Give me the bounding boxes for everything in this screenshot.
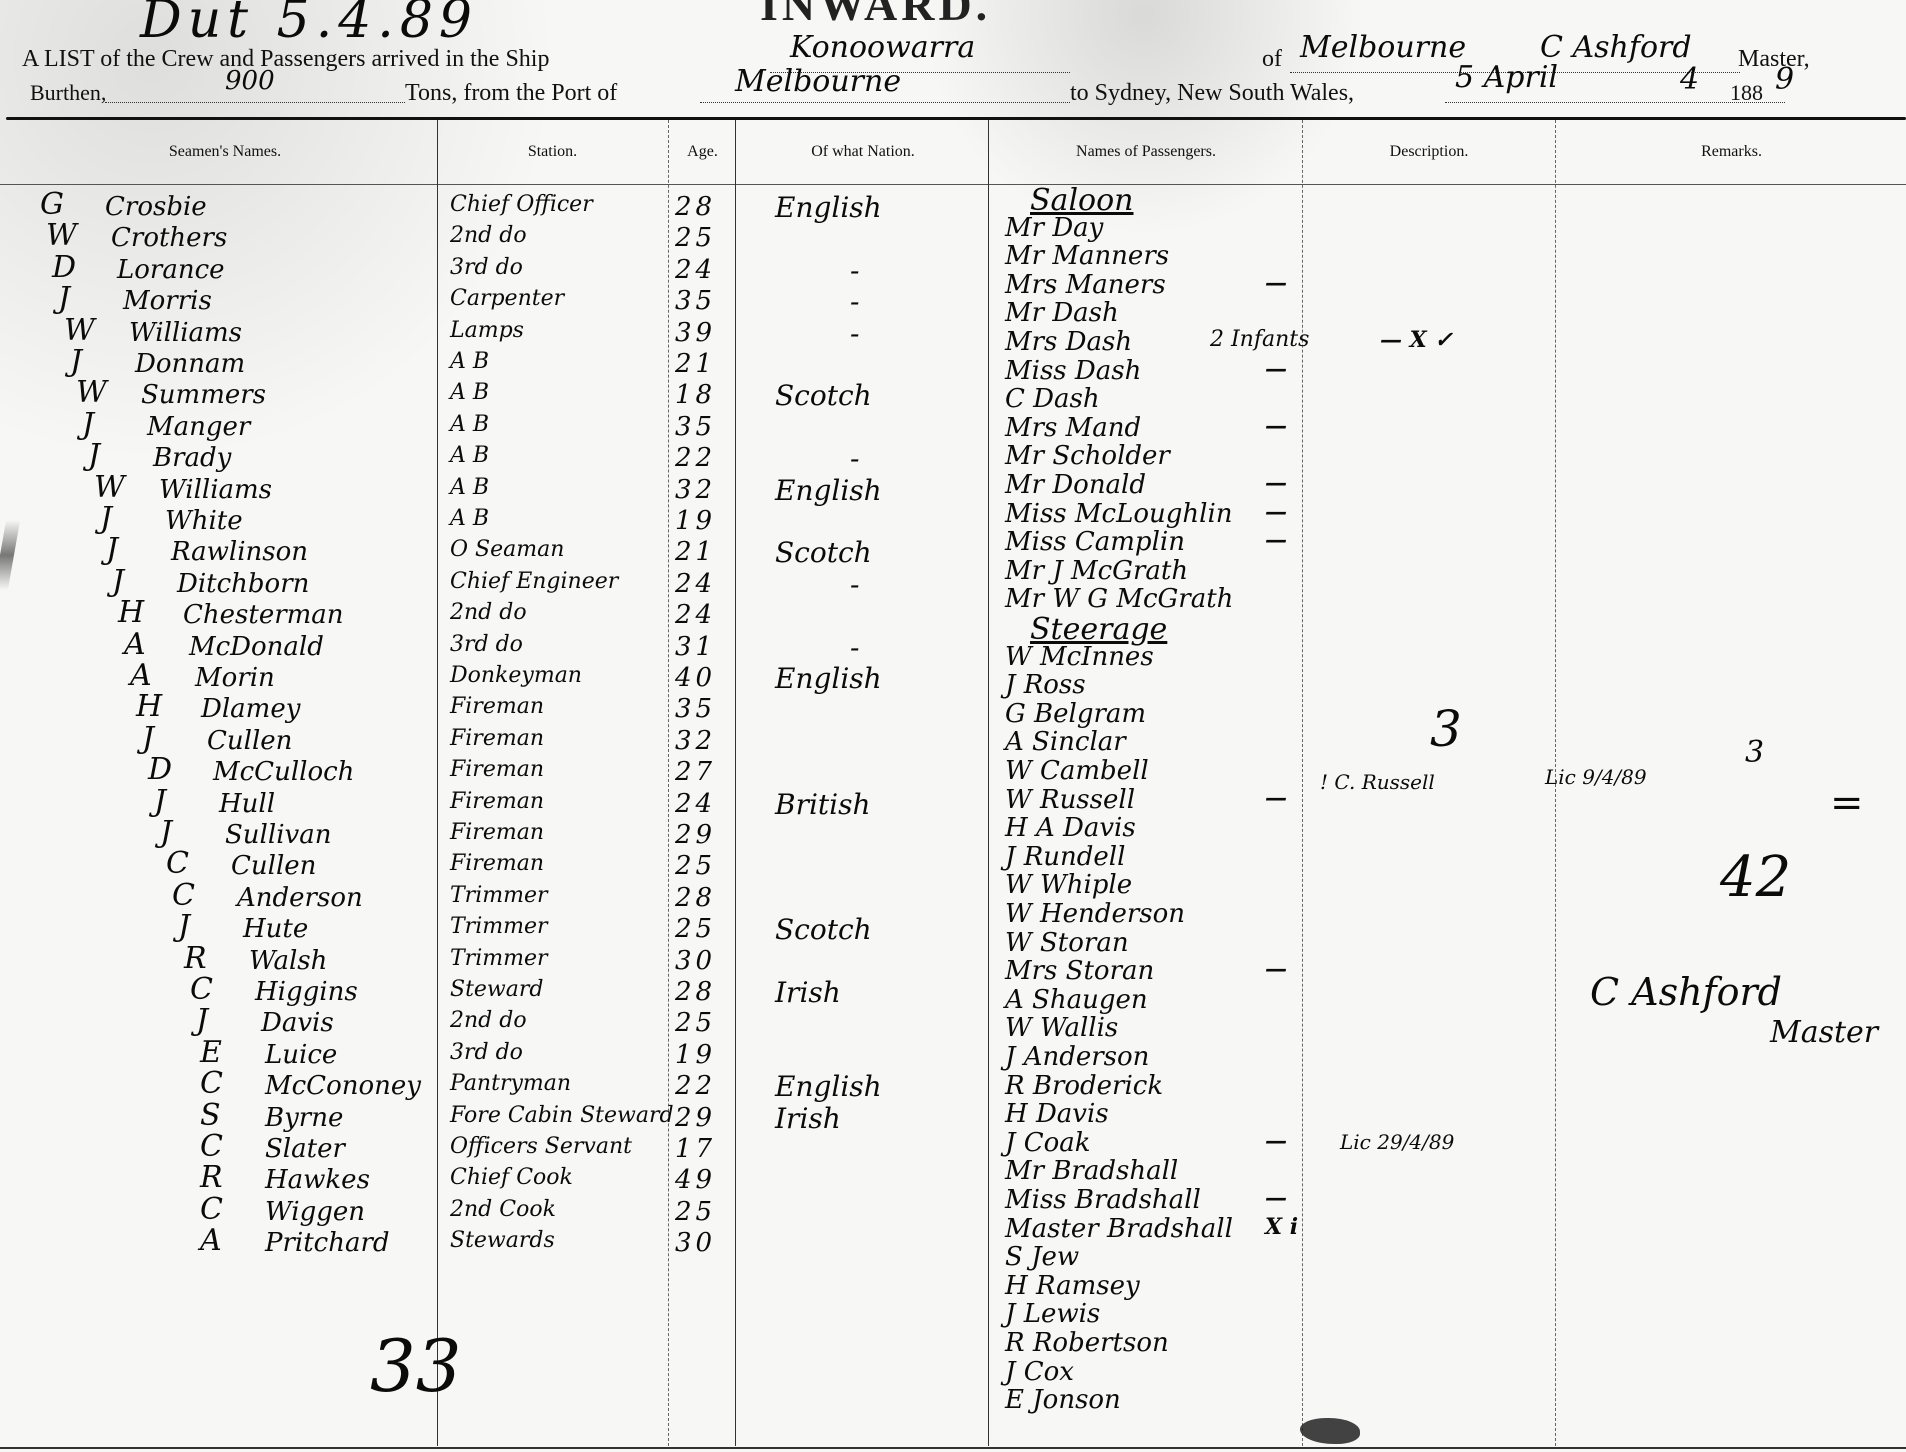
crew-nation: English <box>775 1073 882 1101</box>
passenger-mark: — <box>1265 958 1287 980</box>
crew-surname: Summers <box>141 382 266 408</box>
crew-station: 2nd do <box>450 1010 527 1032</box>
crew-age: 25 <box>675 853 716 879</box>
crew-station: Fireman <box>450 853 544 875</box>
crew-age: 28 <box>675 979 716 1005</box>
crew-initial: A <box>200 1226 222 1256</box>
column-header-nation: Of what Nation. <box>738 143 988 161</box>
crew-initial: C <box>172 881 195 911</box>
divider-seamen-station <box>437 120 438 1446</box>
master-signature: C Ashford <box>1590 970 1782 1014</box>
passenger-mark: — <box>1265 1187 1287 1209</box>
crew-surname: Crothers <box>111 225 227 251</box>
crew-station: Trimmer <box>450 885 548 907</box>
crew-age: 28 <box>675 885 716 911</box>
crew-initial: R <box>184 944 207 974</box>
count-numeral: 3 <box>1745 735 1764 770</box>
top-handwritten-reference: Dut 5.4.89 <box>140 0 478 50</box>
crew-station: Trimmer <box>450 916 548 938</box>
crew-surname: Luice <box>265 1042 337 1068</box>
crew-nation: Scotch <box>775 539 872 567</box>
crew-age: 24 <box>675 791 716 817</box>
crew-passenger-list-page: Dut 5.4.89 INWARD. A LIST of the Crew an… <box>0 0 1906 1452</box>
passenger-name: Mrs Storan <box>1005 958 1154 984</box>
crew-age: 24 <box>675 571 716 597</box>
crew-nation: Irish <box>775 979 841 1007</box>
passenger-name: W McInnes <box>1005 644 1154 670</box>
crew-nation: Irish <box>775 1105 841 1133</box>
crew-surname: Chesterman <box>183 602 344 628</box>
master-label: Master, <box>1738 46 1810 73</box>
crew-nation: Scotch <box>775 382 872 410</box>
crew-age: 35 <box>675 414 716 440</box>
crew-station: 3rd do <box>450 634 523 656</box>
crew-initial: C <box>200 1069 223 1099</box>
column-header-seamen: Seamen's Names. <box>60 143 390 161</box>
crew-age: 30 <box>675 948 716 974</box>
passenger-name: Miss Bradshall <box>1005 1187 1201 1213</box>
passenger-name: Mr Scholder <box>1005 443 1170 469</box>
crew-station: A B <box>450 445 489 467</box>
crew-nation: British <box>775 791 871 819</box>
crew-station: Fireman <box>450 822 544 844</box>
crew-nation: - <box>850 634 859 662</box>
crew-station: Donkeyman <box>450 665 582 687</box>
crew-station: 3rd do <box>450 257 523 279</box>
crew-initial: D <box>52 253 76 283</box>
crew-initial: C <box>200 1132 223 1162</box>
crew-nation: - <box>850 445 859 473</box>
passenger-mark: X i <box>1265 1216 1298 1238</box>
crew-surname: Wiggen <box>265 1199 365 1225</box>
crew-age: 21 <box>675 539 716 565</box>
crew-station: Fireman <box>450 696 544 718</box>
crew-surname: Williams <box>159 477 272 503</box>
crew-nation: English <box>775 194 882 222</box>
year-written: 9 <box>1775 62 1794 97</box>
crew-station: O Seaman <box>450 539 564 561</box>
crew-initial: W <box>64 316 95 346</box>
crew-nation: English <box>775 665 882 693</box>
column-header-rule <box>0 184 1906 185</box>
passenger-mark: — <box>1265 472 1287 494</box>
from-port-label: Tons, from the Port of <box>405 80 617 107</box>
crew-initial: J <box>58 284 70 314</box>
crew-surname: Hull <box>219 791 275 817</box>
crew-initial: W <box>94 473 125 503</box>
passenger-name: Miss Camplin <box>1005 529 1185 555</box>
crew-surname: McCulloch <box>213 759 354 785</box>
passenger-name: J Cox <box>1005 1359 1074 1385</box>
passenger-name: R Broderick <box>1005 1073 1163 1099</box>
passenger-name: H Davis <box>1005 1101 1109 1127</box>
passenger-name: R Robertson <box>1005 1330 1169 1356</box>
crew-initial: J <box>160 818 172 848</box>
tons-rule <box>105 102 405 103</box>
passenger-name: E Jonson <box>1005 1387 1121 1413</box>
crew-initial: C <box>166 849 189 879</box>
passenger-name: Mr W G McGrath <box>1005 586 1233 612</box>
inward-stamp-heading: INWARD. <box>760 0 991 31</box>
crew-age: 25 <box>675 225 716 251</box>
passenger-name: Steerage <box>1030 615 1167 645</box>
from-port-value: Melbourne <box>735 64 901 99</box>
crew-surname: Williams <box>129 320 242 346</box>
crew-nation: - <box>850 320 859 348</box>
crew-surname: Cullen <box>207 728 292 754</box>
passenger-name: J Ross <box>1005 672 1086 698</box>
crew-age: 49 <box>675 1167 716 1193</box>
crew-initial: J <box>100 504 112 534</box>
header-intro: A LIST of the Crew and Passengers arrive… <box>22 46 549 73</box>
passenger-name: W Whiple <box>1005 872 1132 898</box>
divider-nation-passengers <box>988 120 989 1446</box>
crew-surname: Pritchard <box>265 1230 390 1256</box>
crew-surname: Higgins <box>255 979 358 1005</box>
passenger-name: Saloon <box>1030 186 1133 216</box>
crew-age: 24 <box>675 602 716 628</box>
passenger-count-mark: 3 <box>1430 700 1462 758</box>
crew-total: 33 <box>370 1330 462 1402</box>
column-header-remarks: Remarks. <box>1557 143 1906 161</box>
crew-age: 27 <box>675 759 716 785</box>
crew-station: A B <box>450 477 489 499</box>
divider-age-nation <box>735 120 736 1446</box>
crew-station: Chief Officer <box>450 194 593 216</box>
crew-age: 24 <box>675 257 716 283</box>
crew-surname: White <box>165 508 243 534</box>
passenger-name: Mrs Mand <box>1005 415 1141 441</box>
crew-station: Chief Engineer <box>450 571 618 593</box>
passenger-name: J Anderson <box>1005 1044 1149 1070</box>
crew-surname: Sullivan <box>225 822 331 848</box>
equals-mark: = <box>1830 780 1864 826</box>
crew-age: 35 <box>675 696 716 722</box>
passenger-name: J Lewis <box>1005 1301 1100 1327</box>
crew-initial: C <box>190 975 213 1005</box>
crew-surname: Hawkes <box>265 1167 370 1193</box>
crew-age: 19 <box>675 508 716 534</box>
crew-initial: J <box>178 912 190 942</box>
crew-age: 18 <box>675 382 716 408</box>
russell-note: ! C. Russell <box>1320 770 1435 794</box>
master-name: C Ashford <box>1540 30 1692 65</box>
crew-surname: Dlamey <box>201 696 300 722</box>
crew-surname: Byrne <box>265 1105 343 1131</box>
crew-initial: D <box>148 755 172 785</box>
crew-initial: W <box>76 378 107 408</box>
crew-nation: - <box>850 288 859 316</box>
crew-age: 25 <box>675 916 716 942</box>
crew-surname: Anderson <box>237 885 363 911</box>
crew-station: A B <box>450 351 489 373</box>
column-header-description: Description. <box>1304 143 1554 161</box>
crew-station: Steward <box>450 979 543 1001</box>
crew-surname: Lorance <box>117 257 225 283</box>
passenger-name: W Cambell <box>1005 758 1149 784</box>
crew-age: 22 <box>675 1073 716 1099</box>
crew-age: 22 <box>675 445 716 471</box>
passenger-name: H A Davis <box>1005 815 1136 841</box>
crew-initial: S <box>200 1101 221 1131</box>
passenger-name: J Rundell <box>1005 844 1125 870</box>
crew-initial: A <box>124 630 146 660</box>
crew-initial: J <box>154 787 166 817</box>
passenger-mark: — <box>1265 501 1287 523</box>
crew-surname: Hute <box>243 916 308 942</box>
crew-surname: Donnam <box>135 351 245 377</box>
crew-age: 29 <box>675 1105 716 1131</box>
passenger-name: H Ramsey <box>1005 1273 1140 1299</box>
passenger-note: 2 Infants <box>1210 329 1309 351</box>
crew-surname: McDonald <box>189 634 324 660</box>
ship-home-port: Melbourne <box>1300 30 1466 65</box>
crew-initial: J <box>82 410 94 440</box>
coak-remark: Lic 29/4/89 <box>1340 1130 1454 1154</box>
passenger-name: A Sinclar <box>1005 729 1126 755</box>
year-printed: 188 <box>1730 80 1763 106</box>
crew-initial: J <box>112 567 124 597</box>
crew-station: A B <box>450 414 489 436</box>
crew-age: 25 <box>675 1199 716 1225</box>
crew-age: 35 <box>675 288 716 314</box>
crew-surname: Morris <box>123 288 212 314</box>
crew-age: 30 <box>675 1230 716 1256</box>
passenger-name: Miss Dash <box>1005 358 1141 384</box>
crew-age: 21 <box>675 351 716 377</box>
crew-initial: R <box>200 1163 223 1193</box>
crew-station: Chief Cook <box>450 1167 573 1189</box>
total-mark: 42 <box>1720 845 1791 910</box>
column-header-station: Station. <box>440 143 665 161</box>
passenger-name: Mrs Maners <box>1005 272 1166 298</box>
crew-surname: Davis <box>261 1010 334 1036</box>
passenger-name: C Dash <box>1005 386 1100 412</box>
column-header-age: Age. <box>670 143 735 161</box>
crew-age: 17 <box>675 1136 716 1162</box>
passenger-name: J Coak <box>1005 1130 1091 1156</box>
crew-initial: J <box>196 1006 208 1036</box>
crew-age: 29 <box>675 822 716 848</box>
crew-station: Pantryman <box>450 1073 571 1095</box>
crew-initial: J <box>88 441 100 471</box>
date-overwrite: 4 <box>1680 62 1699 97</box>
tons-value: 900 <box>225 66 275 96</box>
crew-surname: Ditchborn <box>177 571 309 597</box>
crew-station: Fireman <box>450 759 544 781</box>
passenger-name: Master Bradshall <box>1005 1216 1233 1242</box>
crew-surname: Slater <box>265 1136 345 1162</box>
crew-station: Fireman <box>450 728 544 750</box>
crew-station: A B <box>450 508 489 530</box>
passenger-mark: — <box>1265 529 1287 551</box>
passenger-mark: — <box>1265 272 1287 294</box>
crew-nation: - <box>850 571 859 599</box>
destination-label: to Sydney, New South Wales, <box>1070 80 1354 107</box>
crew-station: Fireman <box>450 791 544 813</box>
crew-age: 25 <box>675 1010 716 1036</box>
passenger-name: Mrs Dash <box>1005 329 1132 355</box>
master-signature-title: Master <box>1770 1015 1878 1050</box>
passenger-name: W Henderson <box>1005 901 1185 927</box>
crew-surname: Walsh <box>249 948 327 974</box>
crew-station: 2nd do <box>450 602 527 624</box>
crew-station: Carpenter <box>450 288 564 310</box>
crew-initial: G <box>40 190 64 220</box>
crew-initial: H <box>118 598 144 628</box>
crew-station: Lamps <box>450 320 524 342</box>
crew-surname: McCononey <box>265 1073 421 1099</box>
crew-initial: C <box>200 1195 223 1225</box>
passenger-mark: — X ✓ <box>1380 329 1453 351</box>
crew-station: Fore Cabin Steward <box>450 1105 674 1127</box>
passenger-name: G Belgram <box>1005 701 1146 727</box>
crew-nation: English <box>775 477 882 505</box>
crew-station: Trimmer <box>450 948 548 970</box>
crew-station: A B <box>450 382 489 404</box>
crew-surname: Cullen <box>231 853 316 879</box>
crew-age: 39 <box>675 320 716 346</box>
crew-age: 32 <box>675 728 716 754</box>
passenger-name: Mr Bradshall <box>1005 1158 1178 1184</box>
passenger-name: Mr Manners <box>1005 243 1169 269</box>
passenger-name: Mr Donald <box>1005 472 1146 498</box>
crew-nation: Scotch <box>775 916 872 944</box>
passenger-name: Mr Dash <box>1005 300 1119 326</box>
passenger-name: Miss McLoughlin <box>1005 501 1233 527</box>
ink-blot <box>1300 1418 1360 1444</box>
crew-initial: A <box>130 661 152 691</box>
crew-initial: J <box>70 347 82 377</box>
crew-surname: Rawlinson <box>171 539 308 565</box>
passenger-mark: — <box>1265 787 1287 809</box>
of-label: of <box>1262 46 1282 73</box>
passenger-name: Mr J McGrath <box>1005 558 1188 584</box>
crew-initial: H <box>136 692 162 722</box>
burthen-label: Burthen, <box>30 80 106 106</box>
passenger-mark: — <box>1265 358 1287 380</box>
crew-initial: J <box>106 535 118 565</box>
crew-station: 2nd Cook <box>450 1199 556 1221</box>
russell-remark: Lic 9/4/89 <box>1545 765 1647 789</box>
passenger-name: A Shaugen <box>1005 987 1148 1013</box>
crew-age: 40 <box>675 665 716 691</box>
passenger-name: W Russell <box>1005 787 1135 813</box>
crew-initial: J <box>142 724 154 754</box>
crew-age: 32 <box>675 477 716 503</box>
crew-initial: E <box>200 1038 222 1068</box>
crew-age: 19 <box>675 1042 716 1068</box>
crew-surname: Morin <box>195 665 275 691</box>
crew-nation: - <box>850 257 859 285</box>
passenger-name: W Wallis <box>1005 1015 1118 1041</box>
crew-station: 3rd do <box>450 1042 523 1064</box>
scan-edge-mark <box>0 520 20 590</box>
arrival-date: 5 April <box>1455 60 1558 95</box>
header-rule <box>6 117 1906 120</box>
crew-age: 31 <box>675 634 716 660</box>
column-header-passengers: Names of Passengers. <box>990 143 1302 161</box>
crew-station: 2nd do <box>450 225 527 247</box>
divider-passengers-description <box>1302 120 1303 1446</box>
passenger-mark: — <box>1265 415 1287 437</box>
crew-surname: Brady <box>153 445 231 471</box>
from-port-rule <box>700 102 1070 103</box>
passenger-mark: — <box>1265 1130 1287 1152</box>
crew-surname: Crosbie <box>105 194 207 220</box>
passenger-name: Mr Day <box>1005 215 1103 241</box>
crew-surname: Manger <box>147 414 250 440</box>
ship-name: Konoowarra <box>790 30 975 65</box>
crew-station: Stewards <box>450 1230 555 1252</box>
bottom-rule <box>0 1447 1906 1449</box>
passenger-name: S Jew <box>1005 1244 1079 1270</box>
crew-station: Officers Servant <box>450 1136 632 1158</box>
crew-initial: W <box>46 221 77 251</box>
divider-station-age <box>668 120 669 1446</box>
passenger-name: W Storan <box>1005 930 1129 956</box>
crew-age: 28 <box>675 194 716 220</box>
